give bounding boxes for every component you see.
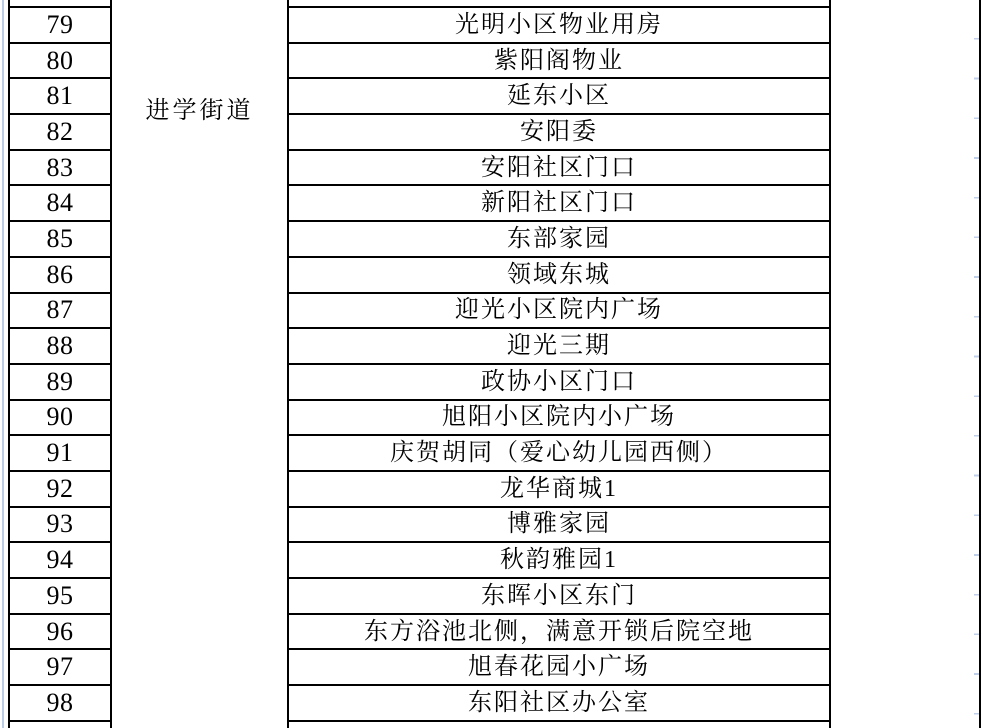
row-number: 94 <box>47 547 74 573</box>
outer-right-border-line <box>979 0 981 728</box>
location-cell[interactable]: 东方浴池北侧，满意开锁后院空地 <box>289 615 831 651</box>
location-cell[interactable]: 庆贺胡同（爱心幼儿园西侧） <box>289 436 831 472</box>
row-number: 97 <box>47 654 74 680</box>
row-number-cell[interactable]: 82 <box>10 115 112 151</box>
location-name: 庆贺胡同（爱心幼儿园西侧） <box>390 441 728 465</box>
row-number-cell[interactable]: 95 <box>10 579 112 615</box>
row-number: 82 <box>47 119 74 145</box>
location-name: 光明小区物业用房 <box>455 13 663 37</box>
row-number-cell[interactable]: 97 <box>10 650 112 686</box>
row-number: 79 <box>47 12 74 38</box>
row-number: 92 <box>47 476 74 502</box>
row-number-cell[interactable]: 87 <box>10 294 112 330</box>
row-number-cell[interactable]: 90 <box>10 401 112 437</box>
location-cell[interactable]: 延东小区 <box>289 79 831 115</box>
row-number: 98 <box>47 690 74 716</box>
row-number-cell[interactable]: 89 <box>10 365 112 401</box>
location-cell[interactable]: 政协小区门口 <box>289 365 831 401</box>
row-number-cell[interactable]: 92 <box>10 472 112 508</box>
location-name: 东阳社区办公室 <box>468 691 650 715</box>
location-cell[interactable]: 博雅家园 <box>289 508 831 544</box>
location-cell[interactable]: 东晖小区东门 <box>289 579 831 615</box>
location-cell[interactable]: 新阳社区门口 <box>289 186 831 222</box>
location-name: 新阳社区门口 <box>481 191 637 215</box>
row-number: 81 <box>47 83 74 109</box>
row-number: 85 <box>47 226 74 252</box>
location-cell[interactable]: 秋韵雅园1 <box>289 543 831 579</box>
location-name: 延东小区 <box>507 84 611 108</box>
row-number-cell[interactable]: 81 <box>10 79 112 115</box>
location-name: 东方浴池北侧，满意开锁后院空地 <box>364 620 754 644</box>
row-number: 89 <box>47 369 74 395</box>
location-cell[interactable]: 迎光三期 <box>289 329 831 365</box>
row-number: 87 <box>47 297 74 323</box>
row-number: 91 <box>47 440 74 466</box>
location-name: 政协小区门口 <box>481 370 637 394</box>
row-number: 80 <box>47 48 74 74</box>
location-name: 龙华商城1 <box>500 477 618 501</box>
location-cell[interactable]: 迎光小区院内广场 <box>289 294 831 330</box>
row-number-cell[interactable]: 98 <box>10 686 112 722</box>
location-name: 东部家园 <box>507 227 611 251</box>
location-name: 紫阳阁物业 <box>494 49 624 73</box>
row-number-cell[interactable]: 85 <box>10 222 112 258</box>
partial-row-cell[interactable] <box>10 0 112 8</box>
row-number: 86 <box>47 262 74 288</box>
location-cell[interactable]: 领域东城 <box>289 258 831 294</box>
location-name: 东晖小区东门 <box>481 584 637 608</box>
location-name: 博雅家园 <box>507 512 611 536</box>
row-number-cell[interactable]: 94 <box>10 543 112 579</box>
location-cell[interactable]: 东阳社区办公室 <box>289 686 831 722</box>
location-cell[interactable]: 龙华商城1 <box>289 472 831 508</box>
row-number-cell[interactable]: 86 <box>10 258 112 294</box>
location-cell[interactable]: 安阳委 <box>289 115 831 151</box>
partial-row-cell[interactable] <box>10 722 112 728</box>
location-cell[interactable]: 东部家园 <box>289 222 831 258</box>
row-number-cell[interactable]: 80 <box>10 44 112 80</box>
location-name: 旭阳小区院内小广场 <box>442 405 676 429</box>
row-number-cell[interactable]: 88 <box>10 329 112 365</box>
row-number: 88 <box>47 333 74 359</box>
row-number-cell[interactable]: 84 <box>10 186 112 222</box>
row-number-cell[interactable]: 91 <box>10 436 112 472</box>
location-name: 安阳社区门口 <box>481 156 637 180</box>
location-cell[interactable]: 紫阳阁物业 <box>289 44 831 80</box>
row-number: 93 <box>47 511 74 537</box>
location-name: 旭春花园小广场 <box>468 655 650 679</box>
locations-table: 进学街道 79光明小区物业用房80紫阳阁物业81延东小区82安阳委83安阳社区门… <box>8 0 831 728</box>
row-number-cell[interactable]: 83 <box>10 151 112 187</box>
location-name: 秋韵雅园1 <box>500 548 618 572</box>
location-name: 迎光三期 <box>507 334 611 358</box>
row-number-cell[interactable]: 96 <box>10 615 112 651</box>
location-name: 迎光小区院内广场 <box>455 298 663 322</box>
location-cell[interactable]: 安阳社区门口 <box>289 151 831 187</box>
row-number-cell[interactable]: 79 <box>10 8 112 44</box>
location-cell[interactable]: 光明小区物业用房 <box>289 8 831 44</box>
row-number: 83 <box>47 155 74 181</box>
location-cell[interactable]: 旭春花园小广场 <box>289 650 831 686</box>
street-merged-cell[interactable]: 进学街道 <box>112 0 289 728</box>
location-cell[interactable]: 旭阳小区院内小广场 <box>289 401 831 437</box>
document-table-view: 进学街道 79光明小区物业用房80紫阳阁物业81延东小区82安阳委83安阳社区门… <box>0 0 982 728</box>
row-number-cell[interactable]: 93 <box>10 508 112 544</box>
street-name-label: 进学街道 <box>112 99 287 123</box>
partial-row-cell[interactable] <box>289 0 831 8</box>
row-number: 96 <box>47 619 74 645</box>
location-name: 安阳委 <box>520 120 598 144</box>
row-number: 84 <box>47 190 74 216</box>
location-name: 领域东城 <box>507 263 611 287</box>
partial-row-cell[interactable] <box>289 722 831 728</box>
spreadsheet-gridline-vertical <box>2 0 4 728</box>
row-number: 90 <box>47 404 74 430</box>
row-number: 95 <box>47 583 74 609</box>
